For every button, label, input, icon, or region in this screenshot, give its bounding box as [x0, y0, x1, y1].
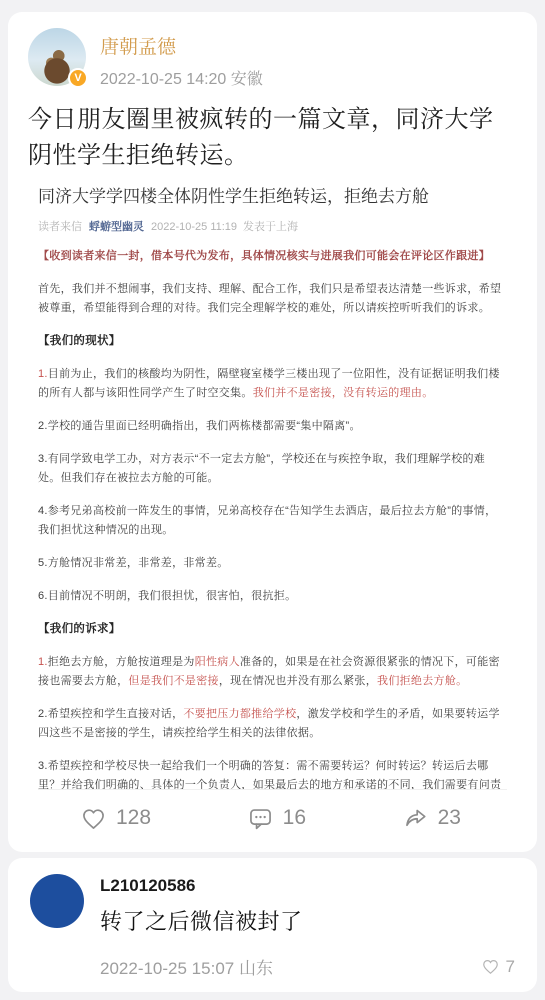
article-paragraph: 3.有同学致电学工办，对方表示“不一定去方舱”，学校还在与疾控争取，我们理解学校…: [38, 450, 507, 488]
comment-bubble-icon: [247, 805, 274, 832]
like-count: 128: [116, 806, 151, 830]
article-paragraph: 首先，我们并不想闹事，我们支持、理解、配合工作，我们只是希望表达清楚一些诉求，希…: [38, 280, 507, 318]
red-text-segment: 1.: [38, 656, 48, 668]
red-text-segment: 我们并不是密接，没有转运的理由。: [253, 387, 434, 399]
post-text: 今日朋友圈里被疯转的一篇文章，同济大学阴性学生拒绝转运。: [28, 102, 517, 174]
comment-timestamp: 2022-10-25 15:07 山东: [100, 954, 273, 979]
text-segment: 首先，我们并不想闹事，我们支持、理解、配合工作，我们只是希望表达清楚一些诉求，希…: [38, 283, 501, 314]
comment-meta-row: 2022-10-25 15:07 山东 7: [100, 954, 515, 979]
red-text-segment: 不要把压力都推给学校: [183, 708, 296, 720]
byline-origin: 发表于上海: [243, 221, 298, 233]
post-timestamp: 2022-10-25 14:20 安徽: [100, 66, 263, 89]
commenter-avatar[interactable]: [30, 874, 84, 928]
author-meta: 唐朝孟德 2022-10-25 14:20 安徽: [100, 28, 263, 89]
comment-card: L210120586 转了之后微信被封了 2022-10-25 15:07 山东…: [8, 858, 537, 992]
text-segment: 【收到读者来信一封，借本号代为发布，具体情况核实与进展我们可能会在评论区作跟进】: [38, 250, 490, 262]
text-segment: 3.希望疾控和学校尽快一起给我们一个明确的答复：需不需要转运？何时转运？转运后去…: [38, 760, 501, 790]
article-paragraph: 6.目前情况不明朗，我们很担忧，很害怕，很抗拒。: [38, 587, 507, 606]
share-count: 23: [438, 806, 461, 830]
small-heart-icon: [481, 957, 500, 976]
article-paragraph: 3.希望疾控和学校尽快一起给我们一个明确的答复：需不需要转运？何时转运？转运后去…: [38, 757, 507, 790]
share-arrow-icon: [402, 805, 429, 832]
article-paragraph: 2.希望疾控和学生直接对话，不要把压力都推给学校，激发学校和学生的矛盾，如果要转…: [38, 705, 507, 743]
share-button[interactable]: 23: [402, 805, 461, 832]
engagement-bar: 128 16 23: [28, 790, 517, 852]
red-text-segment: 阳性病人: [195, 656, 240, 668]
text-segment: 2.希望疾控和学生直接对话，: [38, 708, 183, 720]
article-section-header: 【我们的诉求】: [38, 620, 507, 639]
article-paragraph: 2.学校的通告里面已经明确指出，我们两栋楼都需要“集中隔离”。: [38, 417, 507, 436]
byline-account[interactable]: 蜉蝣型幽灵: [89, 221, 144, 233]
text-segment: ，现在情况也并没有那么紧张，: [219, 675, 377, 687]
red-text-segment: 我们拒绝去方舱。: [377, 675, 467, 687]
text-segment: 【我们的诉求】: [38, 623, 121, 635]
comment-body: L210120586 转了之后微信被封了 2022-10-25 15:07 山东…: [100, 876, 515, 979]
article-body: 【收到读者来信一封，借本号代为发布，具体情况核实与进展我们可能会在评论区作跟进】…: [38, 247, 507, 790]
article-paragraph: 1.拒绝去方舱，方舱按道理是为阳性病人准备的，如果是在社会资源很紧张的情况下，可…: [38, 653, 507, 691]
post-header: V 唐朝孟德 2022-10-25 14:20 安徽: [28, 28, 517, 89]
red-text-segment: 但是我们不是密接: [128, 675, 218, 687]
comment-like-button[interactable]: 7: [481, 957, 515, 977]
text-segment: 4.参考兄弟高校前一阵发生的事情，兄弟高校存在“告知学生去酒店，最后拉去方舱”的…: [38, 505, 496, 536]
red-text-segment: 1.: [38, 368, 48, 380]
comment-text: 转了之后微信被封了: [100, 905, 515, 936]
heart-icon: [80, 805, 107, 832]
article-paragraph: 5.方舱情况非常差，非常差，非常差。: [38, 554, 507, 573]
embedded-article[interactable]: 同济大学学四楼全体阴性学生拒绝转运，拒绝去方舱 读者来信蜉蝣型幽灵2022-10…: [38, 182, 507, 790]
author-avatar[interactable]: V: [28, 28, 86, 86]
text-segment: 2.学校的通告里面已经明确指出，我们两栋楼都需要“集中隔离”。: [38, 420, 361, 432]
like-button[interactable]: 128: [80, 805, 151, 832]
text-segment: 6.目前情况不明朗，我们很担忧，很害怕，很抗拒。: [38, 590, 296, 602]
article-paragraph: 4.参考兄弟高校前一阵发生的事情，兄弟高校存在“告知学生去酒店，最后拉去方舱”的…: [38, 502, 507, 540]
text-segment: 3.有同学致电学工办，对方表示“不一定去方舱”，学校还在与疾控争取，我们理解学校…: [38, 453, 485, 484]
comment-button[interactable]: 16: [247, 805, 306, 832]
comment-count: 16: [283, 806, 306, 830]
byline-tag: 读者来信: [38, 221, 82, 233]
verified-badge-icon: V: [68, 68, 88, 88]
article-paragraph: 【收到读者来信一封，借本号代为发布，具体情况核实与进展我们可能会在评论区作跟进】: [38, 247, 507, 266]
commenter-username[interactable]: L210120586: [100, 876, 515, 896]
text-segment: 拒绝去方舱，方舱按道理是为: [48, 656, 195, 668]
weibo-screenshot: V 唐朝孟德 2022-10-25 14:20 安徽 今日朋友圈里被疯转的一篇文…: [0, 0, 545, 1000]
article-paragraph: 1.目前为止，我们的核酸均为阴性，隔壁寝室楼学三楼出现了一位阳性，没有证据证明我…: [38, 365, 507, 403]
article-title: 同济大学学四楼全体阴性学生拒绝转运，拒绝去方舱: [38, 186, 507, 209]
author-name[interactable]: 唐朝孟德: [100, 32, 263, 59]
text-segment: 【我们的现状】: [38, 335, 121, 347]
post-card: V 唐朝孟德 2022-10-25 14:20 安徽 今日朋友圈里被疯转的一篇文…: [8, 12, 537, 852]
byline-date: 2022-10-25 11:19: [151, 221, 237, 233]
comment-like-count: 7: [506, 957, 515, 977]
text-segment: 5.方舱情况非常差，非常差，非常差。: [38, 557, 229, 569]
article-section-header: 【我们的现状】: [38, 332, 507, 351]
article-byline: 读者来信蜉蝣型幽灵2022-10-25 11:19发表于上海: [38, 218, 507, 234]
